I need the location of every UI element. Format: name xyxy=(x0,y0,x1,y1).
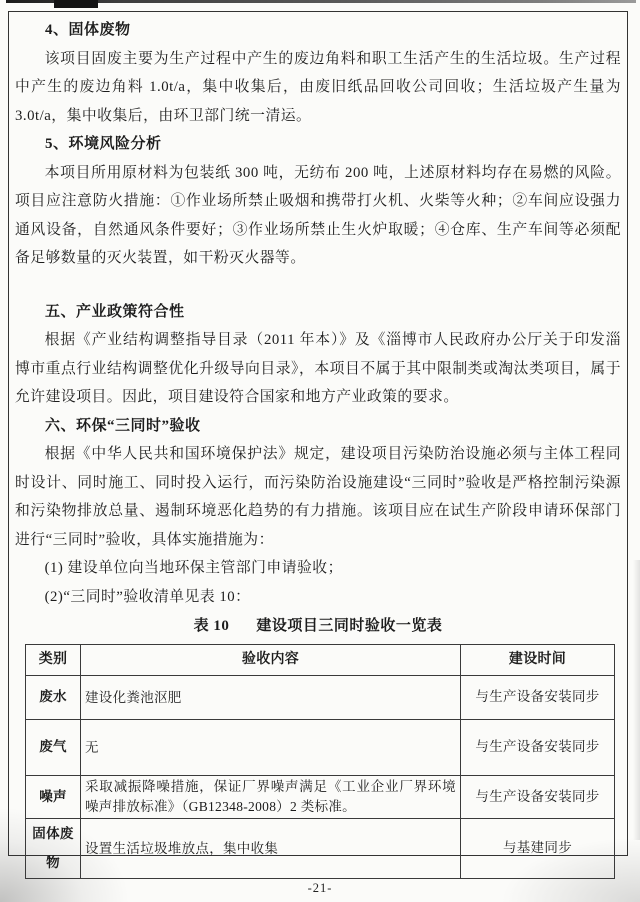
scan-shadow-right xyxy=(633,560,640,840)
scan-edge-top xyxy=(6,0,636,3)
header-category: 类别 xyxy=(26,644,81,676)
cell-time: 与生产设备安装同步 xyxy=(461,776,615,819)
acceptance-table: 类别 验收内容 建设时间 废水 建设化粪池沤肥 与生产设备安装同步 废气 无 与… xyxy=(25,644,615,880)
cell-content: 采取减振降噪措施，保证厂界噪声满足《工业企业厂界环境噪声排放标准》（GB1234… xyxy=(81,776,461,819)
document-body: 4、固体废物 该项目固废主要为生产过程中产生的废边角料和职工生活产生的生活垃圾。… xyxy=(15,16,621,879)
cell-category: 废水 xyxy=(26,676,81,720)
section-heading-industry-policy: 五、产业政策符合性 xyxy=(15,298,621,327)
paragraph-solid-waste: 该项目固废主要为生产过程中产生的废边角料和职工生活产生的生活垃圾。生产过程中产生… xyxy=(15,45,621,131)
table-row-solid-waste: 固体废物 设置生活垃圾堆放点，集中收集 与基建同步 xyxy=(26,819,615,879)
table-title: 表 10建设项目三同时验收一览表 xyxy=(15,612,621,641)
paragraph-three-simultaneity: 根据《中华人民共和国环境保护法》规定，建设项目污染防治设施必须与主体工程同时设计… xyxy=(15,440,621,554)
section-heading-risk-analysis: 5、环境风险分析 xyxy=(15,130,621,159)
page-border-frame: 4、固体废物 该项目固废主要为生产过程中产生的废边角料和职工生活产生的生活垃圾。… xyxy=(8,11,628,856)
cell-category: 废气 xyxy=(26,720,81,776)
header-time: 建设时间 xyxy=(461,644,615,676)
list-item-1: (1) 建设单位向当地环保主管部门申请验收； xyxy=(15,554,621,583)
paragraph-risk-analysis: 本项目所用原材料为包装纸 300 吨，无纺布 200 吨，上述原材料均存在易燃的… xyxy=(15,159,621,273)
table-title-text: 建设项目三同时验收一览表 xyxy=(256,618,442,634)
cell-category: 噪声 xyxy=(26,776,81,819)
cell-time: 与生产设备安装同步 xyxy=(461,720,615,776)
table-row-wastewater: 废水 建设化粪池沤肥 与生产设备安装同步 xyxy=(26,676,615,720)
list-item-2: (2)“三同时”验收清单见表 10： xyxy=(15,583,621,612)
paragraph-industry-policy: 根据《产业结构调整指导目录（2011 年本）》及《淄博市人民政府办公厅关于印发淄… xyxy=(15,326,621,412)
cell-time: 与基建同步 xyxy=(461,819,615,879)
cell-content: 设置生活垃圾堆放点，集中收集 xyxy=(81,819,461,879)
header-content: 验收内容 xyxy=(81,644,461,676)
table-title-number: 表 10 xyxy=(194,618,230,634)
section-heading-three-simultaneity: 六、环保“三同时”验收 xyxy=(15,412,621,441)
table-row-noise: 噪声 采取减振降噪措施，保证厂界噪声满足《工业企业厂界环境噪声排放标准》（GB1… xyxy=(26,776,615,819)
cell-category: 固体废物 xyxy=(26,819,81,879)
scan-edge-blob xyxy=(54,0,98,8)
section-heading-solid-waste: 4、固体废物 xyxy=(15,16,621,45)
cell-time: 与生产设备安装同步 xyxy=(461,676,615,720)
table-row-wastegas: 废气 无 与生产设备安装同步 xyxy=(26,720,615,776)
page-number: -21- xyxy=(0,881,640,896)
cell-content: 建设化粪池沤肥 xyxy=(81,676,461,720)
table-header-row: 类别 验收内容 建设时间 xyxy=(26,644,615,676)
cell-content: 无 xyxy=(81,720,461,776)
